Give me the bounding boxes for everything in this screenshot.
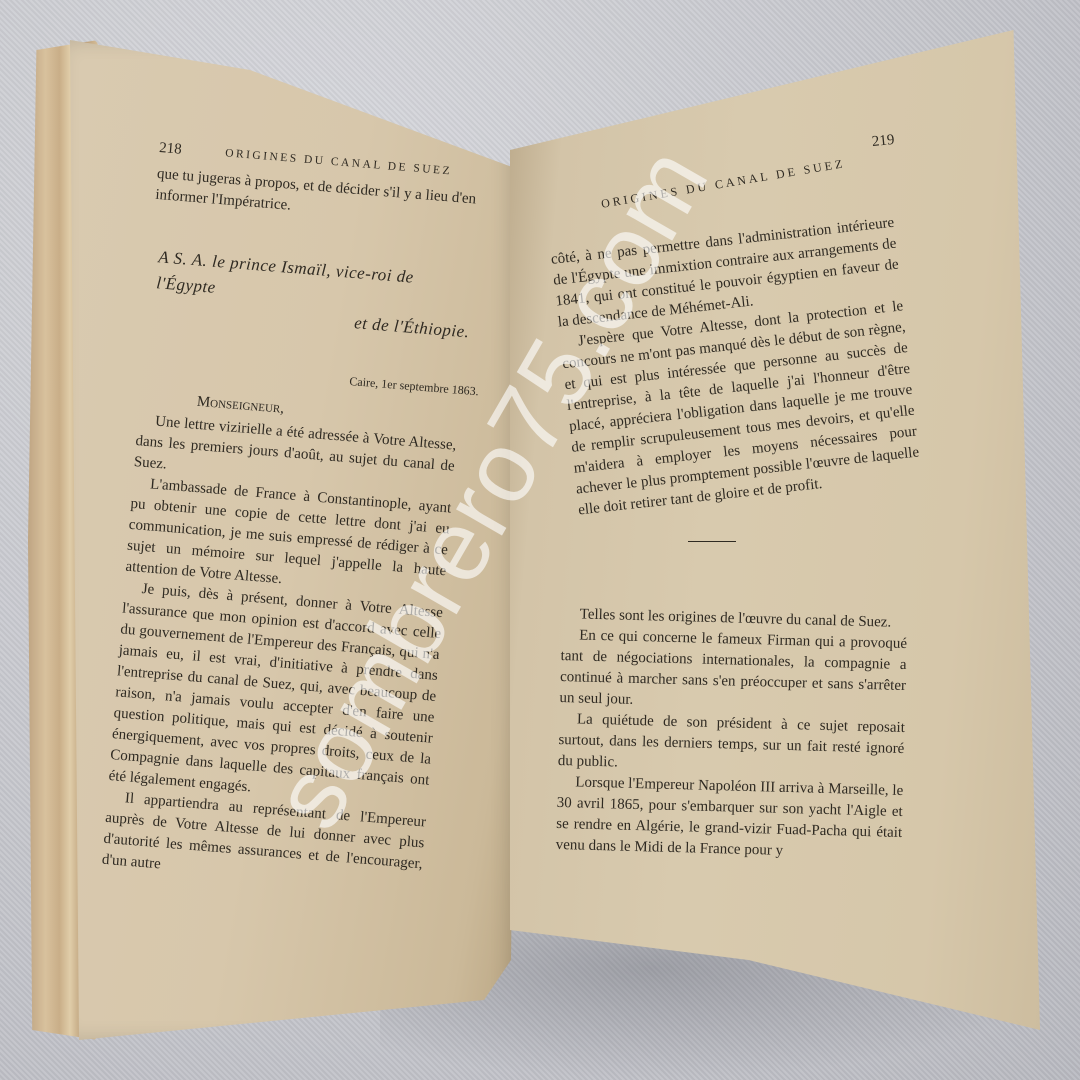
section-separator [688, 541, 736, 542]
right-page-number: 219 [871, 132, 895, 151]
paragraph: En ce qui concerne le fameux Firman qui … [559, 625, 907, 718]
paragraph: Lorsque l'Empereur Napoléon III arriva à… [555, 772, 903, 865]
paragraph: La quiétude de son président à ce sujet … [558, 709, 906, 781]
left-page-number: 218 [158, 138, 182, 161]
dateline: Caire, 1er septembre 1863. [141, 354, 480, 402]
right-page-text-lower: Telles sont les origines de l'œuvre du c… [555, 604, 907, 865]
